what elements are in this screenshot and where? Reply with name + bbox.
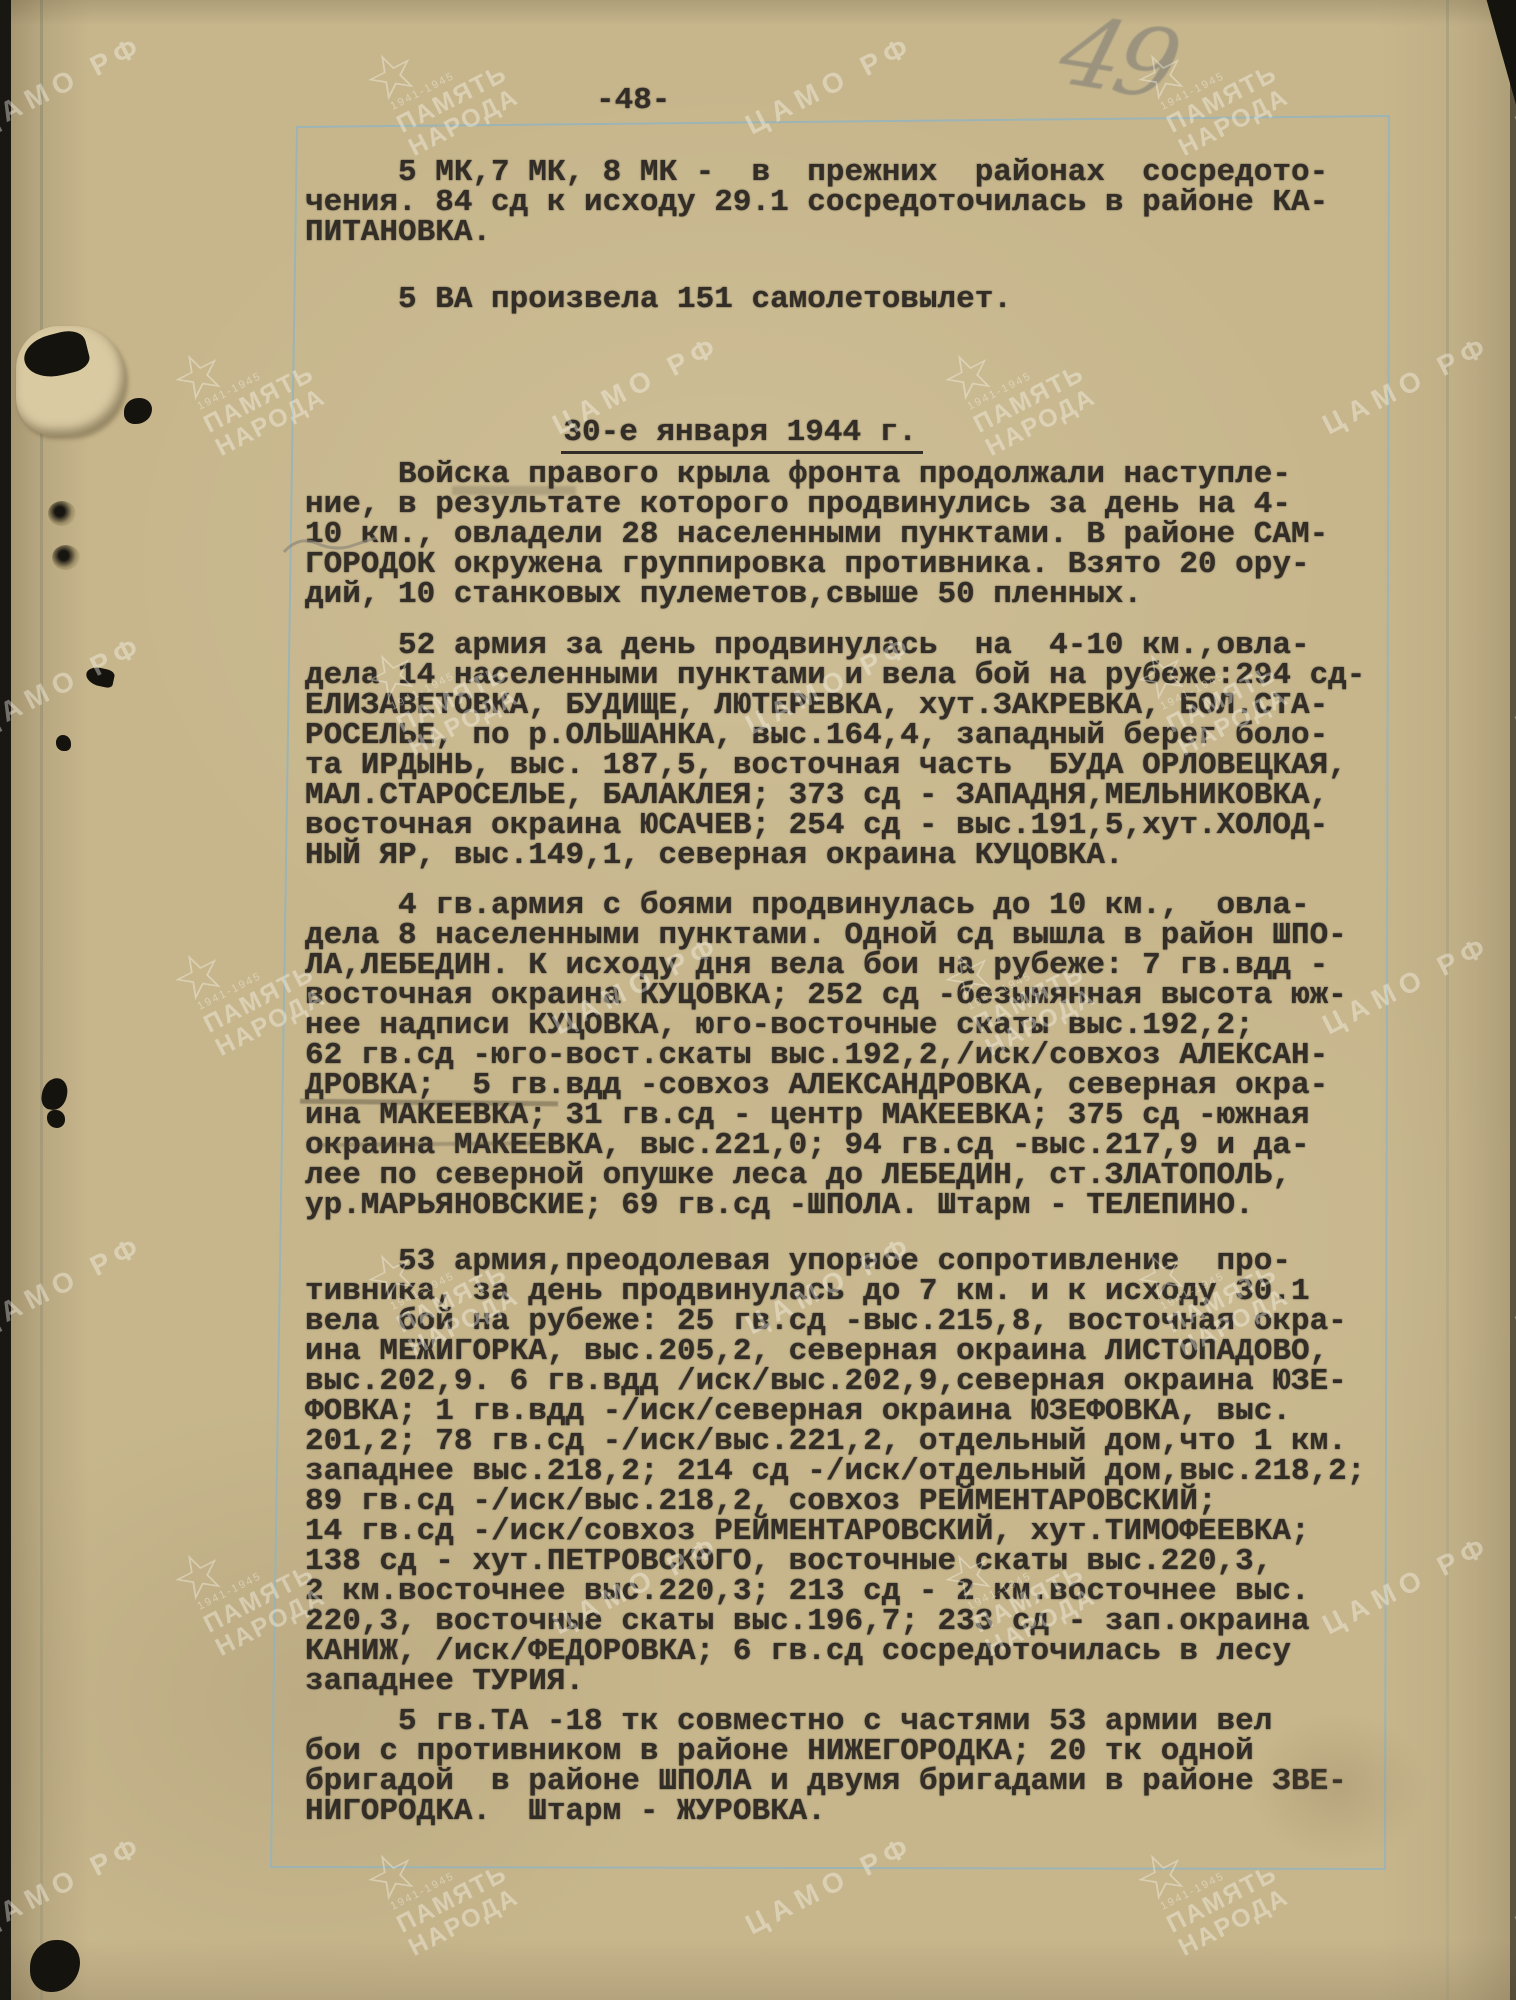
paragraph-5va-sorties: 5 ВА произвела 151 самолетовылет. (305, 285, 1012, 315)
scanned-document-page: -48- 49 30-е января 1944 г. 5 МК,7 МК, 8… (0, 0, 1516, 2000)
paragraph-5gv-tank-army: 5 гв.ТА -18 тк совместно с частями 53 ар… (305, 1707, 1347, 1827)
paragraph-front-advance: Войска правого крыла фронта продолжали н… (305, 460, 1328, 610)
paragraph-53-army: 53 армия,преодолевая упорное сопротивлен… (305, 1247, 1365, 1697)
page-number: -48- (596, 86, 670, 116)
paragraph-52-army: 52 армия за день продвинулась на 4-10 км… (305, 631, 1365, 871)
paragraph-mech-corps: 5 МК,7 МК, 8 МК - в прежних районах соср… (305, 158, 1328, 248)
pencil-squiggle (280, 528, 380, 560)
date-heading-text: 30-е января 1944 г. (561, 418, 922, 454)
paragraph-4gv-army: 4 гв.армия с боями продвинулась до 10 км… (305, 891, 1347, 1221)
